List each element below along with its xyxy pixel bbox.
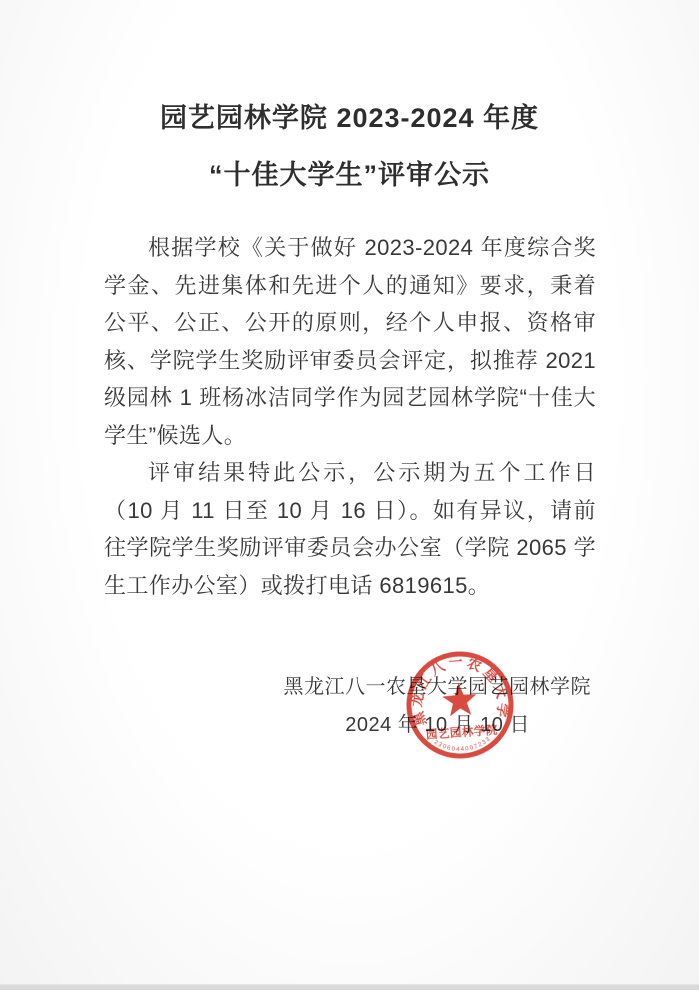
star-icon — [441, 682, 477, 717]
body-paragraph-1: 根据学校《关于做好 2023-2024 年度综合奖学金、先进集体和先进个人的通知… — [104, 229, 596, 454]
body-paragraph-2: 评审结果特此公示，公示期为五个工作日（10 月 11 日至 10 月 16 日）… — [104, 454, 596, 604]
photo-bottom-edge — [0, 984, 699, 990]
document-body: 根据学校《关于做好 2023-2024 年度综合奖学金、先进集体和先进个人的通知… — [104, 229, 596, 604]
document-title-line2: “十佳大学生”评审公示 — [0, 153, 699, 192]
document-page: 园艺园林学院 2023-2024 年度 “十佳大学生”评审公示 根据学校《关于做… — [0, 0, 699, 990]
document-title-line1: 园艺园林学院 2023-2024 年度 — [0, 96, 699, 135]
official-seal: 黑龙江八一农垦大学 园艺园林学院 2306044007233 — [401, 646, 518, 763]
